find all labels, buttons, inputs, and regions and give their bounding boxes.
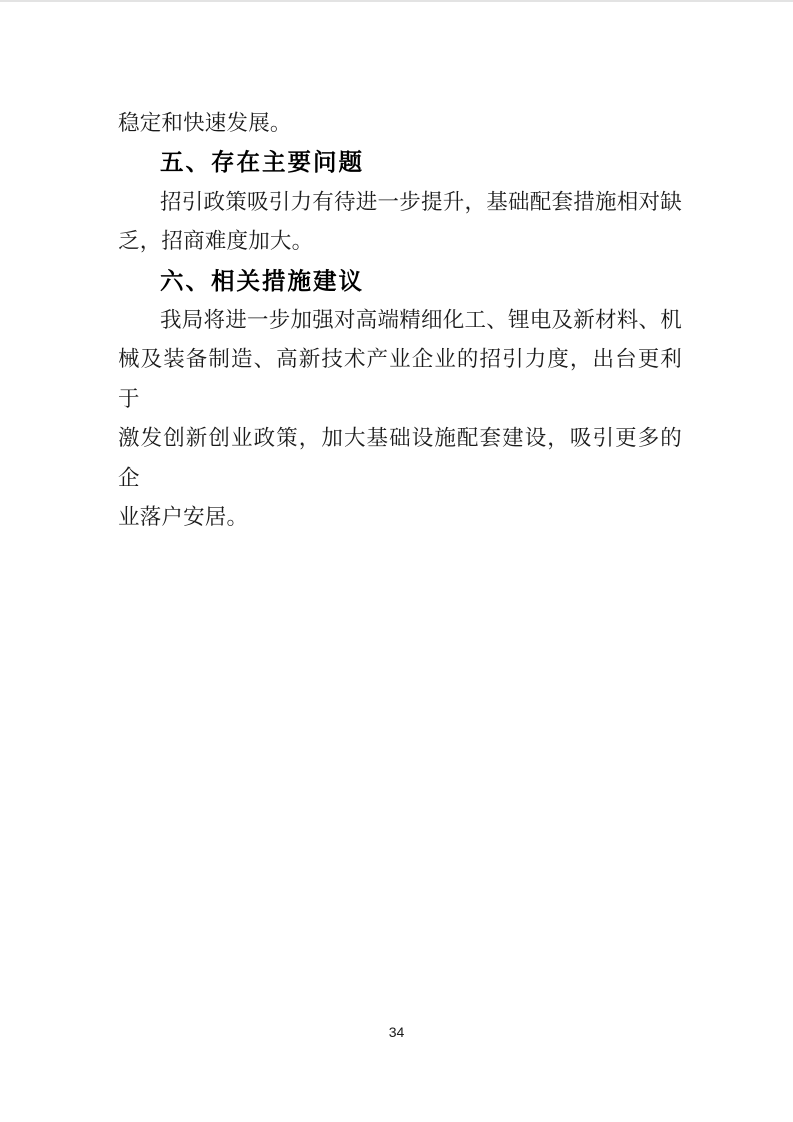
body-text-line: 稳定和快速发展。 — [118, 104, 682, 143]
section-heading-5: 五、存在主要问题 — [118, 143, 682, 182]
section-heading-6: 六、相关措施建议 — [118, 262, 682, 301]
body-text-line: 我局将进一步加强对高端精细化工、锂电及新材料、机 — [118, 301, 682, 340]
body-text-line: 激发创新创业政策，加大基础设施配套建设，吸引更多的企 — [118, 419, 682, 498]
document-page: 稳定和快速发展。 五、存在主要问题 招引政策吸引力有待进一步提升，基础配套措施相… — [0, 0, 793, 1122]
page-content: 稳定和快速发展。 五、存在主要问题 招引政策吸引力有待进一步提升，基础配套措施相… — [118, 104, 682, 537]
page-number: 34 — [0, 1024, 793, 1040]
page-top-edge — [0, 0, 793, 2]
body-text-line: 乏，招商难度加大。 — [118, 222, 682, 261]
body-text-line: 招引政策吸引力有待进一步提升，基础配套措施相对缺 — [118, 183, 682, 222]
body-text-line: 业落户安居。 — [118, 498, 682, 537]
body-text-line: 械及装备制造、高新技术产业企业的招引力度，出台更利于 — [118, 340, 682, 419]
